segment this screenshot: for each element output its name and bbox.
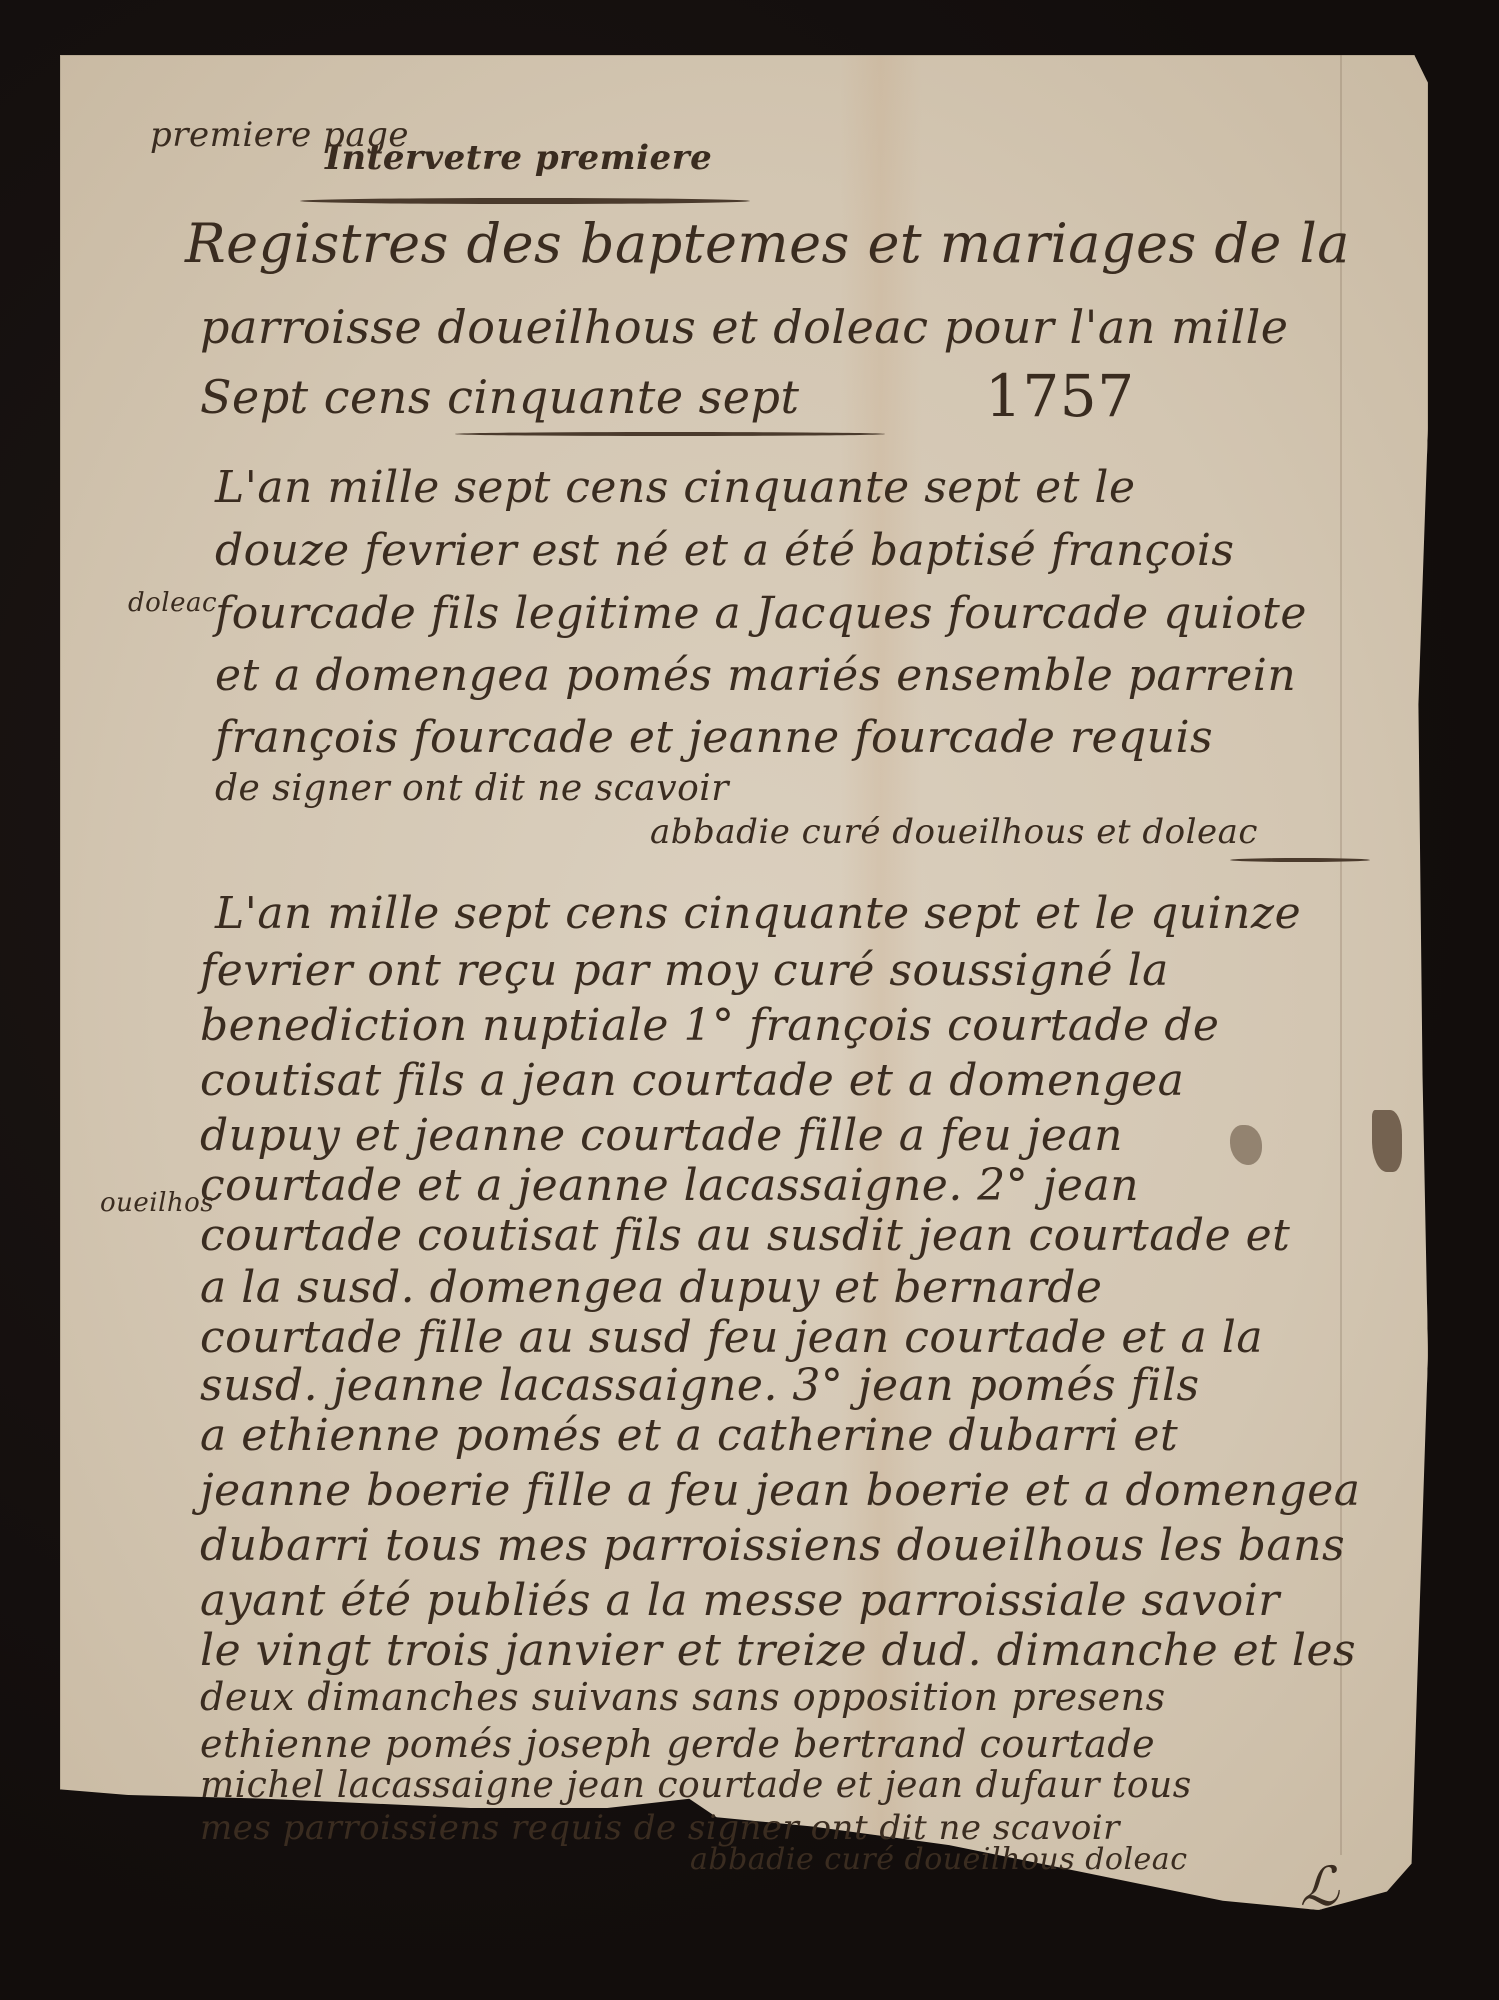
entry-2-line: deux dimanches suivans sans opposition p…: [200, 1675, 1166, 1719]
ink-stain-edge: [1372, 1110, 1402, 1172]
entry-2-line: jeanne boerie fille a feu jean boerie et…: [200, 1465, 1361, 1516]
paraph-flourish: ℒ: [1300, 1855, 1339, 1918]
entry-1-line: et a domengea pomés mariés ensemble parr…: [215, 650, 1296, 701]
entry-1-margin-note: doleac: [128, 588, 217, 618]
entry-2-line: coutisat fils a jean courtade et a domen…: [200, 1055, 1184, 1106]
entry-2-line: fevrier ont reçu par moy curé soussigné …: [200, 945, 1169, 996]
entry-2-line: ayant été publiés a la messe parroissial…: [200, 1575, 1280, 1626]
entry-2-margin-note: oueilhos: [100, 1188, 214, 1218]
entry-1-line: L'an mille sept cens cinquante sept et l…: [215, 462, 1135, 513]
entry-2-line: michel lacassaigne jean courtade et jean…: [200, 1765, 1192, 1806]
entry-2-line: benediction nuptiale 1° françois courtad…: [200, 1000, 1219, 1051]
title-line-3: Sept cens cinquante sept: [200, 370, 799, 424]
entry-2-line: ethienne pomés joseph gerde bertrand cou…: [200, 1722, 1155, 1766]
entry-1-line: fourcade fils legitime a Jacques fourcad…: [215, 588, 1307, 639]
entry-2-line: courtade fille au susd feu jean courtade…: [200, 1312, 1263, 1363]
entry-2-line: a ethienne pomés et a catherine dubarri …: [200, 1410, 1178, 1461]
page-fold-line: [1340, 55, 1342, 1855]
entry-1-line: françois fourcade et jeanne fourcade req…: [215, 712, 1213, 763]
title-year: 1757: [985, 362, 1135, 430]
entry-1-line: douze fevrier est né et a été baptisé fr…: [215, 525, 1234, 576]
entry-2-signature: abbadie curé doueilhous doleac: [690, 1842, 1188, 1877]
title-underline: [455, 432, 885, 436]
entry-2-line: susd. jeanne lacassaigne. 3° jean pomés …: [200, 1360, 1200, 1411]
entry-1-signature: abbadie curé doueilhous et doleac: [650, 812, 1258, 852]
entry-2-line: courtade et a jeanne lacassaigne. 2° jea…: [200, 1160, 1139, 1211]
entry-1-line: de signer ont dit ne scavoir: [215, 768, 729, 809]
entry-1-signature-flourish: [1230, 858, 1370, 862]
entry-2-line: a la susd. domengea dupuy et bernarde: [200, 1262, 1102, 1313]
entry-2-line: L'an mille sept cens cinquante sept et l…: [215, 888, 1301, 939]
entry-2-line: le vingt trois janvier et treize dud. di…: [200, 1625, 1356, 1676]
title-line-2: parroisse doueilhous et doleac pour l'an…: [200, 300, 1289, 354]
entry-2-line: dupuy et jeanne courtade fille a feu jea…: [200, 1110, 1123, 1161]
entry-2-line: courtade coutisat fils au susdit jean co…: [200, 1210, 1290, 1261]
title-line-1: Registres des baptemes et mariages de la: [185, 212, 1350, 275]
entry-2-line: dubarri tous mes parroissiens doueilhous…: [200, 1520, 1345, 1571]
header-signature: Intervetre premiere: [325, 138, 712, 178]
header-underline: [300, 198, 750, 204]
